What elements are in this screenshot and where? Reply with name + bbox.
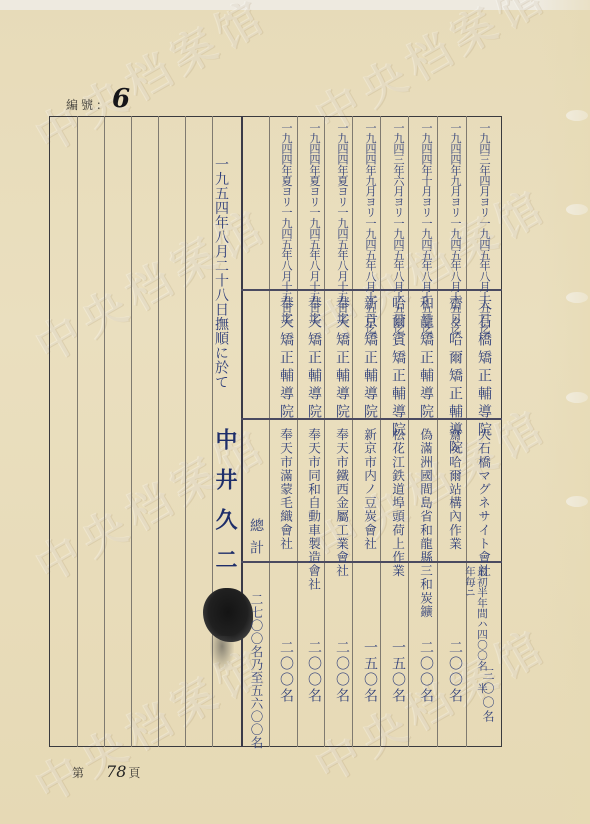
file-number-label: 編號： (66, 96, 111, 113)
row-employer: 奉天市滿蒙毛織會社 (276, 428, 295, 550)
page-footer: 第78頁 (72, 762, 140, 781)
total-label: 總計 (246, 518, 266, 562)
table-column-line (437, 116, 438, 747)
page-prefix: 第 (72, 766, 84, 780)
signature-date-place: 一九五四年八月二十八日撫順に於て (211, 157, 231, 389)
table-section-line (241, 561, 502, 563)
ruled-line (185, 116, 186, 747)
row-organization: 和龍矯正輔導院 (416, 296, 436, 422)
row-organization: 奉天矯正輔導院 (276, 296, 296, 422)
table-column-line (408, 116, 409, 747)
row-organization: 哈爾賓矯正輔導院 (388, 296, 408, 440)
document-page: 中央档案馆中央档案馆中央档案馆中央档案馆中央档案馆中央档案馆中央档案馆中央档案馆… (0, 0, 590, 824)
row-employer: 新京市内ノ豆炭會社 (360, 428, 379, 550)
row-period: 一九四四年夏ヨリ一九四五年八月十五日迄 (278, 122, 294, 323)
row-organization: 奉天矯正輔導院 (304, 296, 324, 422)
row-count: 二〇〇名 (304, 640, 324, 704)
ruled-line (77, 116, 78, 747)
binding-hole (566, 110, 588, 121)
row-employer: 大石橋マグネサイト會社 (474, 428, 493, 578)
file-number-value: 6 (112, 84, 130, 114)
total-value: 二七〇〇名乃至五六〇〇名 (247, 593, 265, 749)
row-count: 一五〇名 (360, 640, 380, 704)
table-column-line (269, 116, 270, 747)
row-count: 二〇〇名 (416, 640, 436, 704)
row-employer: 奉天市同和自動車製造會社 (304, 428, 323, 591)
row-organization: 大石橋矯正輔導院 (474, 296, 494, 440)
table-column-line (380, 116, 381, 747)
table-left-border (241, 116, 243, 747)
ruled-line (158, 116, 159, 747)
row-employer: 偽滿洲國間島省和龍縣三和炭鑛 (416, 428, 435, 618)
row-employer: 齋々哈爾站構內作業 (445, 428, 464, 550)
page-suffix: 頁 (128, 766, 140, 780)
row-employer: 松花江鉄道埠頭荷上作業 (388, 428, 407, 578)
binding-hole (566, 292, 588, 303)
row-count: 二〇〇名 (276, 640, 296, 704)
table-column-line (297, 116, 298, 747)
row-count: 一五〇名 (388, 640, 408, 704)
signatory-name: 中井久二 (210, 428, 241, 588)
row-period: 一九四四年夏ヨリ一九四五年八月十五日迄 (306, 122, 322, 323)
ruled-line (131, 116, 132, 747)
table-column-line (324, 116, 325, 747)
row-count: 二〇〇名 (332, 640, 352, 704)
binding-hole (566, 204, 588, 215)
binding-hole (566, 392, 588, 403)
binding-hole (566, 496, 588, 507)
row-period: 一九四四年夏ヨリ一九四五年八月十五日迄 (334, 122, 350, 323)
row-organization: 奉天矯正輔導院 (332, 296, 352, 422)
page-number: 78 (106, 762, 126, 781)
fingerprint-seal-smudge (210, 636, 234, 670)
ruled-line (104, 116, 105, 747)
row-count-note: 最初半年間ハ四〇〇名 半年毎ニ (464, 566, 488, 696)
table-column-line (352, 116, 353, 747)
row-employer: 奉天市鐵西金屬工業會社 (332, 428, 351, 578)
row-organization: 新京矯正輔導院 (360, 296, 380, 422)
row-count: 二〇〇名 (445, 640, 465, 704)
